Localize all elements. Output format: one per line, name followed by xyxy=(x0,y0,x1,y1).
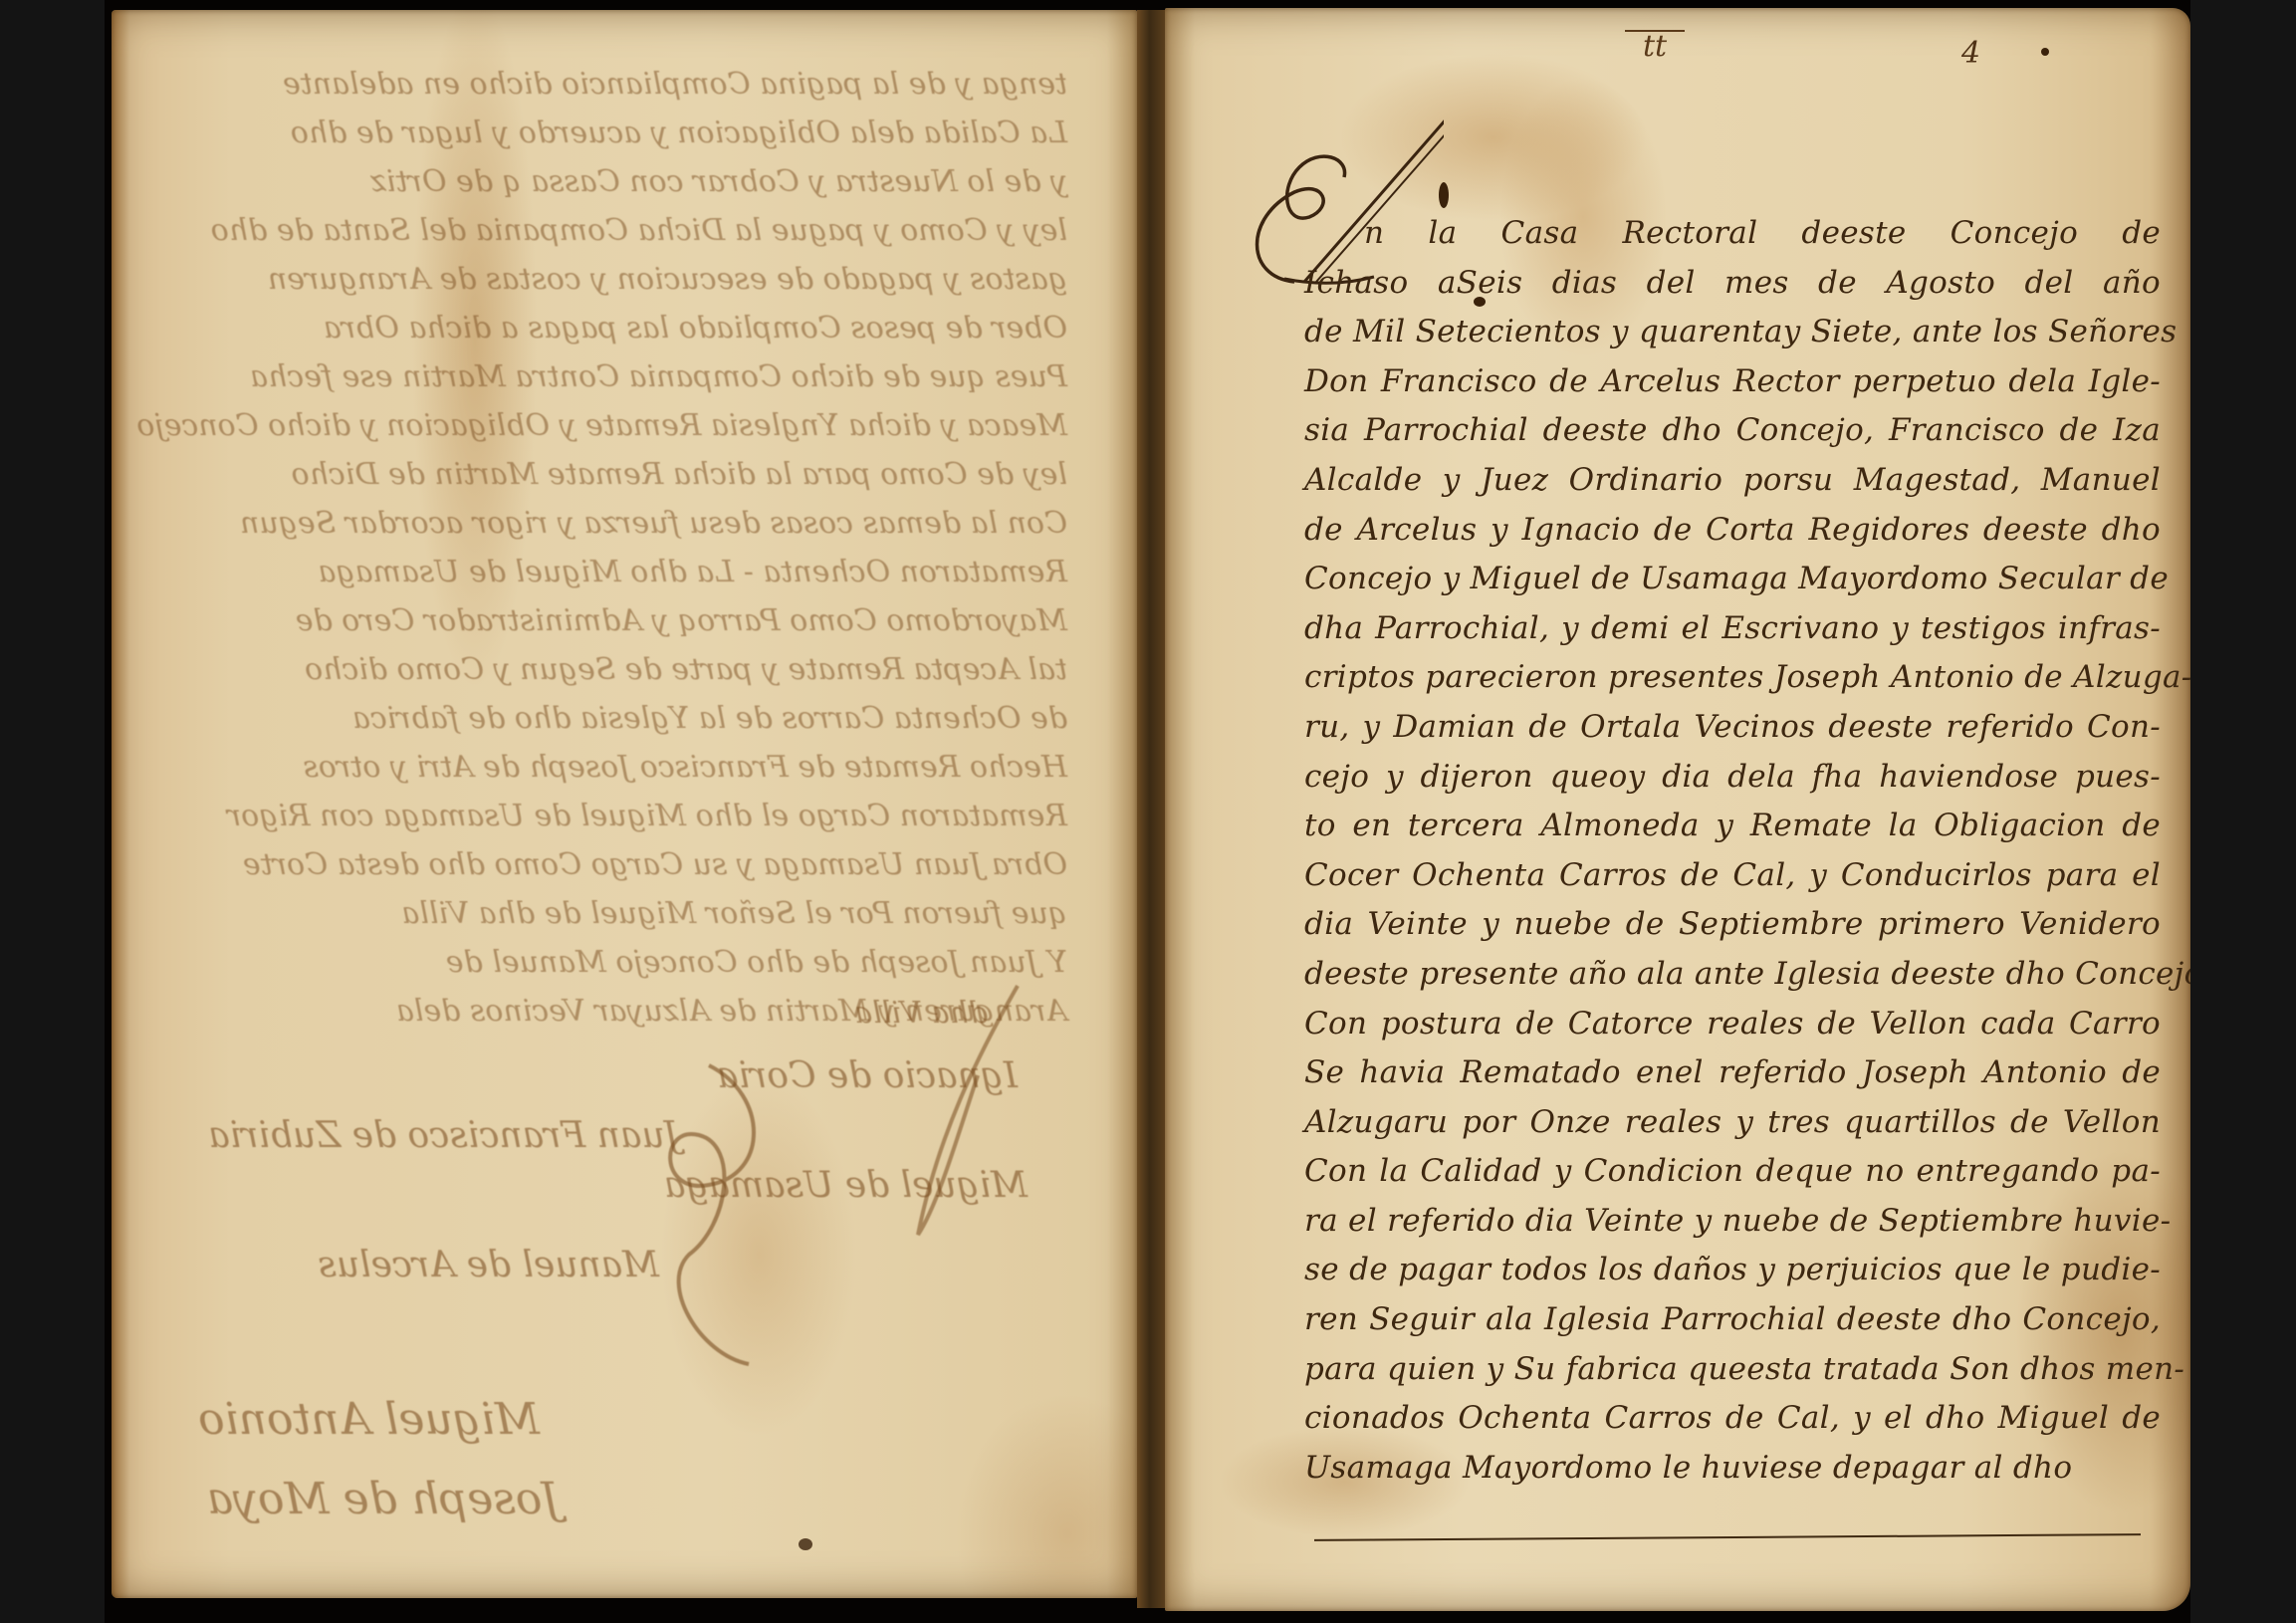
manuscript-text: n la Casa Rectoral deeste Concejo de Ich… xyxy=(1304,209,2161,1493)
text-line: ru, y Damian de Ortala Vecinos deeste re… xyxy=(1304,703,2161,753)
text-line: Se havia Rematado enel referido Joseph A… xyxy=(1304,1048,2161,1098)
ink-blot xyxy=(2041,48,2049,56)
ink-blot xyxy=(799,1538,812,1550)
text-line: Usamaga Mayordomo le huviese depagar al … xyxy=(1304,1444,2161,1494)
signature: Manuel de Arcelus xyxy=(318,1245,659,1285)
bleed-line: Pues que de dicho Compania Contra Martin… xyxy=(171,352,1067,401)
bleed-line: Ober de pesos Compliado las pagas a dich… xyxy=(171,304,1067,352)
text-line: cionados Ochenta Carros de Cal, y el dho… xyxy=(1304,1394,2161,1444)
text-line: n la Casa Rectoral deeste Concejo de xyxy=(1304,209,2161,259)
bleed-line: tal Acepta Remate y parte de Segun y Com… xyxy=(171,645,1067,694)
text-line: Concejo y Miguel de Usamaga Mayordomo Se… xyxy=(1304,555,2161,604)
text-line: cejo y dijeron queoy dia dela fha havien… xyxy=(1304,753,2161,803)
bleed-through-signatures: dha Villa Ignacio de Coria Juan Francisc… xyxy=(181,996,1057,1593)
bleed-line: Meaca y dicha Ynglesia Remate y Obligaci… xyxy=(171,401,1067,450)
text-line: Alcalde y Juez Ordinario porsu Magestad,… xyxy=(1304,456,2161,506)
text-line: Don Francisco de Arcelus Rector perpetuo… xyxy=(1304,357,2161,407)
bleed-line: y de lo Nuestra y Cobrar con Cassa q de … xyxy=(171,157,1067,206)
signature-flourish-icon xyxy=(609,1055,808,1374)
bleed-line: ley y Como y pague la Dicha Compania del… xyxy=(171,206,1067,255)
bleed-line: Hecho Remate de Francisco Joseph de Atri… xyxy=(171,743,1067,792)
text-line: para quien y Su fabrica queesta tratada … xyxy=(1304,1345,2161,1395)
left-page: tenga y de la pagina Compliancio dicho e… xyxy=(112,10,1137,1598)
text-line: de Arcelus y Ignacio de Corta Regidores … xyxy=(1304,506,2161,556)
text-line: ra el referido dia Veinte y nuebe de Sep… xyxy=(1304,1197,2161,1247)
bleed-line: de Ochenta Carros de la Yglesia dho de f… xyxy=(171,694,1067,743)
bleed-line: Mayordomo Como Parroq y Administrador Ce… xyxy=(171,596,1067,645)
right-page: tt 4 n la Casa Rectoral deeste Concejo d… xyxy=(1165,8,2190,1611)
book-gutter xyxy=(1137,10,1165,1608)
bleed-line: ley de Como para la dicha Remate Martin … xyxy=(171,450,1067,499)
bleed-line: que fueron Por el Señor Miguel de dha Vi… xyxy=(171,889,1067,938)
signature: Miguel Antonio xyxy=(198,1394,540,1445)
text-line: Cocer Ochenta Carros de Cal, y Conducirl… xyxy=(1304,851,2161,901)
text-line: criptos parecieron presentes Joseph Anto… xyxy=(1304,653,2161,703)
bleed-line: Remataron Cargo el dho Miguel de Usamaga… xyxy=(171,792,1067,840)
bleed-line: gastos y pagado de esecucion y costas de… xyxy=(171,255,1067,304)
closing-rule-line xyxy=(1314,1533,2141,1541)
text-line: Ichaso aSeis dias del mes de Agosto del … xyxy=(1304,259,2161,309)
ink-blot xyxy=(1439,182,1449,208)
text-line: Alzugaru por Onze reales y tres quartill… xyxy=(1304,1098,2161,1148)
folio-mark: tt xyxy=(1625,30,1685,62)
folio-number: 4 xyxy=(1961,36,1980,71)
bleed-through-text: tenga y de la pagina Compliancio dicho e… xyxy=(171,60,1067,1036)
text-line: dia Veinte y nuebe de Septiembre primero… xyxy=(1304,900,2161,950)
image-viewer: tenga y de la pagina Compliancio dicho e… xyxy=(0,0,2296,1623)
text-line: to en tercera Almoneda y Remate la Oblig… xyxy=(1304,802,2161,851)
text-line: sia Parrochial deeste dho Concejo, Franc… xyxy=(1304,406,2161,456)
text-line: deeste presente año ala ante Iglesia dee… xyxy=(1304,950,2161,1000)
text-line: Con postura de Catorce reales de Vellon … xyxy=(1304,1000,2161,1049)
text-line: ren Seguir ala Iglesia Parrochial deeste… xyxy=(1304,1295,2161,1345)
bleed-line: tenga y de la pagina Compliancio dicho e… xyxy=(171,60,1067,109)
text-line: Con la Calidad y Condicion deque no entr… xyxy=(1304,1147,2161,1197)
ink-blot xyxy=(1474,297,1486,307)
bleed-line: Remataron Ochenta - La dho Miguel de Usa… xyxy=(171,548,1067,596)
signature: Joseph de Moya xyxy=(207,1474,560,1524)
bleed-line: La Calida dela Obligacion y acuerdo y lu… xyxy=(171,109,1067,157)
signature-flourish-icon xyxy=(898,976,1037,1255)
bleed-line: Con la demas cosas desu fuerza y rigor a… xyxy=(171,499,1067,548)
text-line: se de pagar todos los daños y perjuicios… xyxy=(1304,1246,2161,1295)
bleed-line: Obra Juan Usamaga y su Cargo Como dho de… xyxy=(171,840,1067,889)
text-line: dha Parrochial, y demi el Escrivano y te… xyxy=(1304,604,2161,654)
text-line: de Mil Setecientos y quarentay Siete, an… xyxy=(1304,308,2161,357)
